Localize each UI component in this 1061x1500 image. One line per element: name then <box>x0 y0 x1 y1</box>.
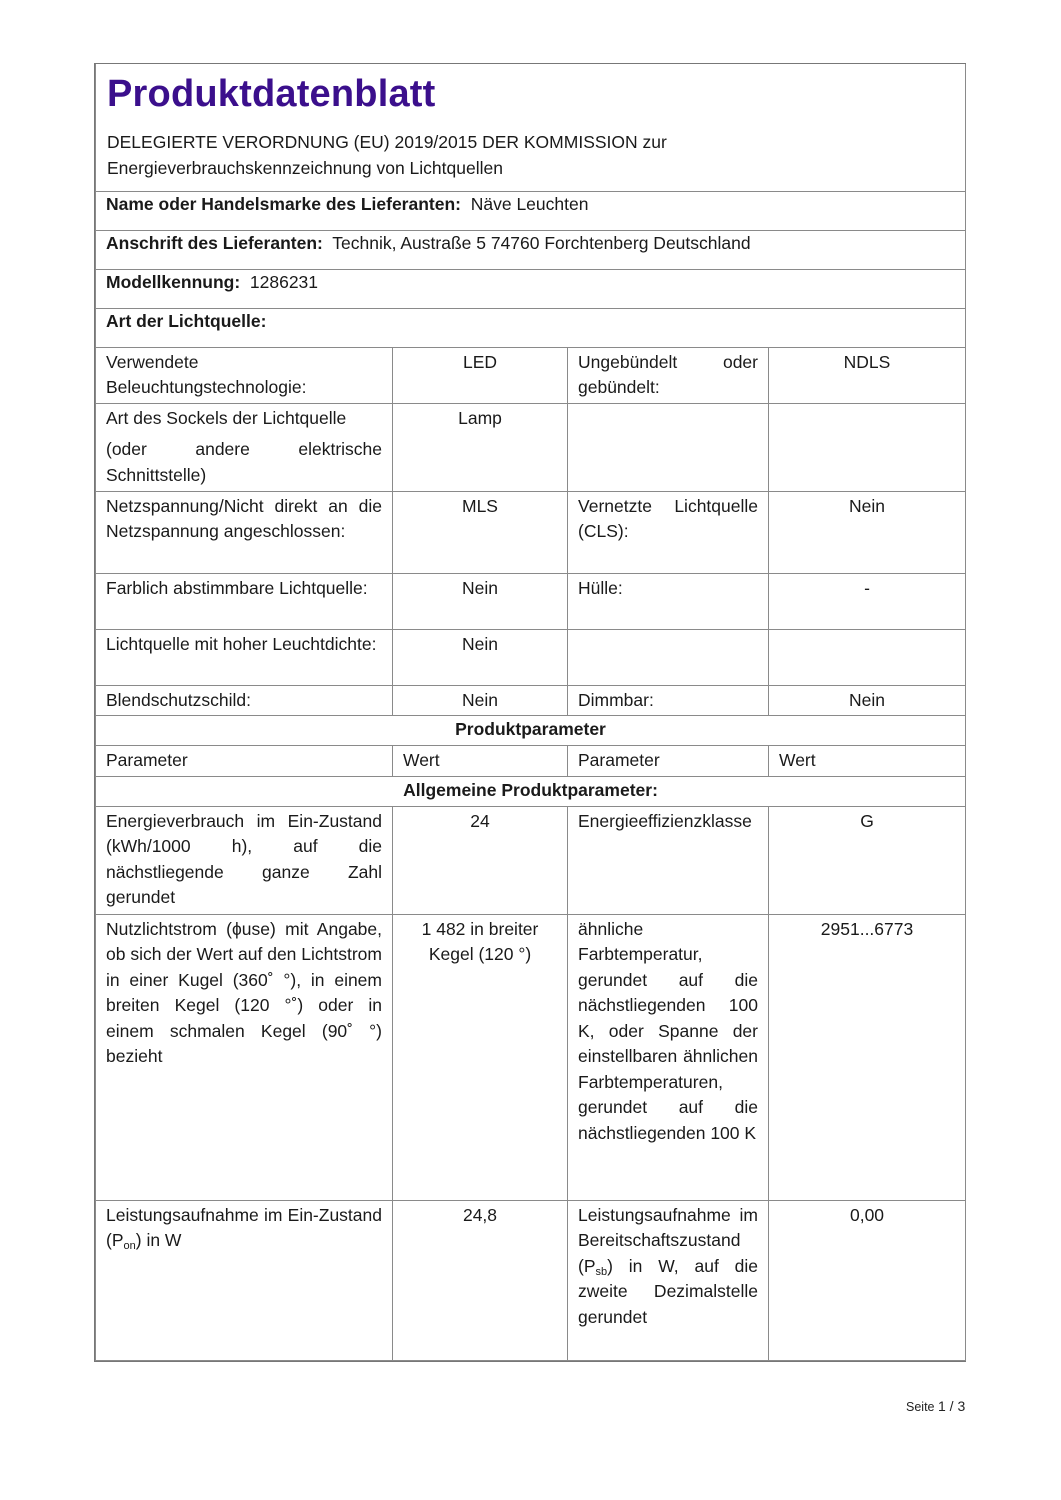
header-cell: Produktdatenblatt DELEGIERTE VERORDNUNG … <box>96 64 966 191</box>
document-title: Produktdatenblatt <box>107 70 955 118</box>
param-value: Nein <box>393 573 568 629</box>
param-label <box>568 403 769 491</box>
column-header-row: Parameter Wert Parameter Wert <box>96 746 966 777</box>
label-subscript: on <box>124 1240 136 1252</box>
table-row: Netzspannung/Nicht direkt an die Netzspa… <box>96 491 966 573</box>
param-label-line: (oder andere elektrische Schnittstelle) <box>106 437 382 488</box>
param-label: Vernetzte Lichtquelle (CLS): <box>568 491 769 573</box>
param-label: Art des Sockels der Lichtquelle (oder an… <box>96 403 393 491</box>
param-value: 24 <box>393 806 568 914</box>
param-value: MLS <box>393 491 568 573</box>
param-label: Lichtquelle mit hoher Leuchtdichte: <box>96 629 393 685</box>
product-data-sheet: Produktdatenblatt DELEGIERTE VERORDNUNG … <box>94 63 966 1362</box>
param-value: Nein <box>393 685 568 716</box>
supplier-address-row: Anschrift des Lieferanten: Technik, Aust… <box>96 230 966 269</box>
light-source-type-row: Art der Lichtquelle: <box>96 308 966 347</box>
section-title-product-parameters: Produktparameter <box>96 716 966 746</box>
param-label: Leistungsaufnahme im Bereitschaftszustan… <box>568 1200 769 1360</box>
param-label: Energieeffizienzklasse <box>568 806 769 914</box>
supplier-address-label: Anschrift des Lieferanten: <box>106 233 323 253</box>
table-row: Art des Sockels der Lichtquelle (oder an… <box>96 403 966 491</box>
page-footer: Seite 1 / 3 <box>906 1398 965 1414</box>
param-label: Netzspannung/Nicht direkt an die Netzspa… <box>96 491 393 573</box>
param-label: Farblich abstimmbare Lichtquelle: <box>96 573 393 629</box>
table-row: Nutzlichtstrom (ϕuse) mit Angabe, ob sic… <box>96 914 966 1200</box>
param-label: Verwendete Beleuchtungstechnologie: <box>96 347 393 403</box>
regulation-line-1: DELEGIERTE VERORDNUNG (EU) 2019/2015 DER… <box>107 130 955 156</box>
param-label: Hülle: <box>568 573 769 629</box>
param-value: Nein <box>393 629 568 685</box>
param-value: Nein <box>769 491 966 573</box>
param-label: Leistungsaufnahme im Ein-Zustand (Pon) i… <box>96 1200 393 1360</box>
supplier-name-row: Name oder Handelsmarke des Lieferanten: … <box>96 191 966 230</box>
param-label-line: Art des Sockels der Lichtquelle <box>106 406 382 432</box>
supplier-name-value: Näve Leuchten <box>471 194 589 214</box>
label-text: ) in W <box>136 1230 182 1250</box>
param-value: LED <box>393 347 568 403</box>
table-row: Verwendete Beleuchtungstechnologie: LED … <box>96 347 966 403</box>
param-value: NDLS <box>769 347 966 403</box>
model-label: Modellkennung: <box>106 272 240 292</box>
param-value: 1 482 in breiter Kegel (120 °) <box>393 914 568 1200</box>
label-subscript: sb <box>596 1266 608 1278</box>
param-label: Blendschutzschild: <box>96 685 393 716</box>
param-value: G <box>769 806 966 914</box>
column-header: Parameter <box>568 746 769 777</box>
param-label: Energieverbrauch im Ein-Zustand (kWh/100… <box>96 806 393 914</box>
table-row: Blendschutzschild: Nein Dimmbar: Nein <box>96 685 966 716</box>
param-value: 0,00 <box>769 1200 966 1360</box>
param-value: Lamp <box>393 403 568 491</box>
table-row: Farblich abstimmbare Lichtquelle: Nein H… <box>96 573 966 629</box>
data-table: Produktdatenblatt DELEGIERTE VERORDNUNG … <box>95 64 966 1361</box>
param-value: - <box>769 573 966 629</box>
supplier-address-value: Technik, Austraße 5 74760 Forchtenberg D… <box>332 233 750 253</box>
param-value <box>769 629 966 685</box>
param-value: Nein <box>769 685 966 716</box>
param-label: ähnliche Farbtemperatur, gerundet auf di… <box>568 914 769 1200</box>
param-label: Nutzlichtstrom (ϕuse) mit Angabe, ob sic… <box>96 914 393 1200</box>
param-value: 24,8 <box>393 1200 568 1360</box>
column-header: Wert <box>393 746 568 777</box>
table-row: Lichtquelle mit hoher Leuchtdichte: Nein <box>96 629 966 685</box>
model-row: Modellkennung: 1286231 <box>96 269 966 308</box>
param-label: Ungebündelt oder gebündelt: <box>568 347 769 403</box>
supplier-name-label: Name oder Handelsmarke des Lieferanten: <box>106 194 461 214</box>
param-label: Dimmbar: <box>568 685 769 716</box>
param-value <box>769 403 966 491</box>
column-header: Wert <box>769 746 966 777</box>
light-source-type-label: Art der Lichtquelle: <box>106 311 266 331</box>
page-number: 1 / 3 <box>938 1398 965 1414</box>
param-value: 2951...6773 <box>769 914 966 1200</box>
section-title-general-parameters: Allgemeine Produktparameter: <box>96 776 966 806</box>
model-value: 1286231 <box>250 272 318 292</box>
table-row: Leistungsaufnahme im Ein-Zustand (Pon) i… <box>96 1200 966 1360</box>
column-header: Parameter <box>96 746 393 777</box>
page-label: Seite <box>906 1400 935 1414</box>
param-label <box>568 629 769 685</box>
table-row: Energieverbrauch im Ein-Zustand (kWh/100… <box>96 806 966 914</box>
regulation-line-2: Energieverbrauchskennzeichnung von Licht… <box>107 156 955 182</box>
